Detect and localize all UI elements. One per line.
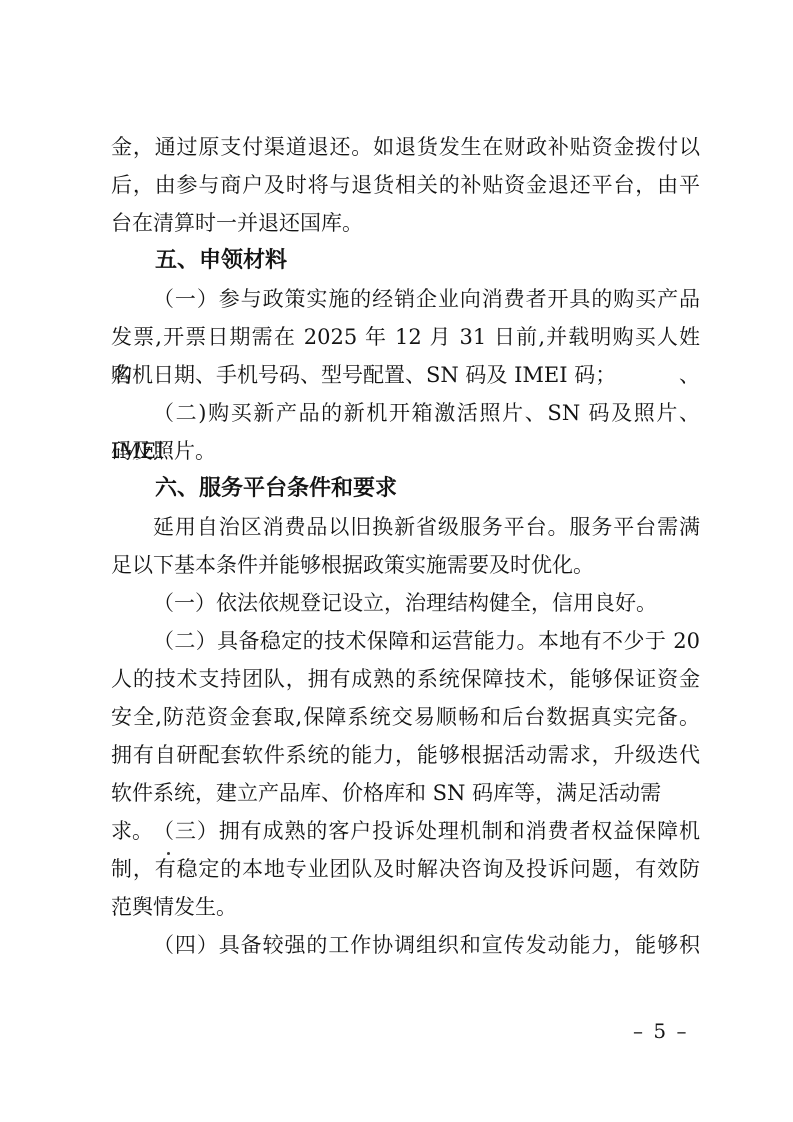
section-heading-five: 五、申领材料 (111, 242, 700, 280)
scan-speck (167, 852, 170, 855)
text-line: 足以下基本条件并能够根据政策实施需要及时优化。 (111, 546, 700, 584)
section-heading-six: 六、服务平台条件和要求 (111, 470, 700, 508)
text-line: 台在清算时一并退还国库。 (111, 204, 700, 242)
text-line: 购机日期、手机号码、型号配置、SN 码及 IMEI 码； (111, 356, 700, 394)
text-line: 发票,开票日期需在 2025 年 12 月 31 日前,并载明购买人姓名、 (111, 318, 700, 356)
document-page: 金，通过原支付渠道退还。如退货发生在财政补贴资金拨付以 后，由参与商户及时将与退… (0, 0, 793, 1122)
text-line: （一）参与政策实施的经销企业向消费者开具的购买产品 (111, 280, 700, 318)
text-line: （二）具备稳定的技术保障和运营能力。本地有不少于 20 (111, 622, 700, 660)
text-line: （三）拥有成熟的客户投诉处理机制和消费者权益保障机 (111, 812, 700, 850)
text-line: （四）具备较强的工作协调组织和宣传发动能力，能够积 (111, 926, 700, 964)
text-line: 码及照片。 (111, 432, 700, 470)
text-line: 软件系统，建立产品库、价格库和 SN 码库等，满足活动需求。 (111, 774, 700, 812)
text-line: 后，由参与商户及时将与退货相关的补贴资金退还平台，由平 (111, 166, 700, 204)
text-line: 拥有自研配套软件系统的能力，能够根据活动需求，升级迭代 (111, 736, 700, 774)
text-line: （一）依法依规登记设立，治理结构健全，信用良好。 (111, 584, 700, 622)
text-line: 延用自治区消费品以旧换新省级服务平台。服务平台需满 (111, 508, 700, 546)
text-line: （二)购买新产品的新机开箱激活照片、SN 码及照片、IMEI (111, 394, 700, 432)
page-number: – 5 – (633, 1018, 688, 1044)
text-line: 人的技术支持团队，拥有成熟的系统保障技术，能够保证资金 (111, 660, 700, 698)
text-line: 范舆情发生。 (111, 888, 700, 926)
document-body: 金，通过原支付渠道退还。如退货发生在财政补贴资金拨付以 后，由参与商户及时将与退… (111, 128, 700, 964)
text-line: 金，通过原支付渠道退还。如退货发生在财政补贴资金拨付以 (111, 128, 700, 166)
text-line: 安全,防范资金套取,保障系统交易顺畅和后台数据真实完备。 (111, 698, 700, 736)
text-line: 制，有稳定的本地专业团队及时解决咨询及投诉问题，有效防 (111, 850, 700, 888)
